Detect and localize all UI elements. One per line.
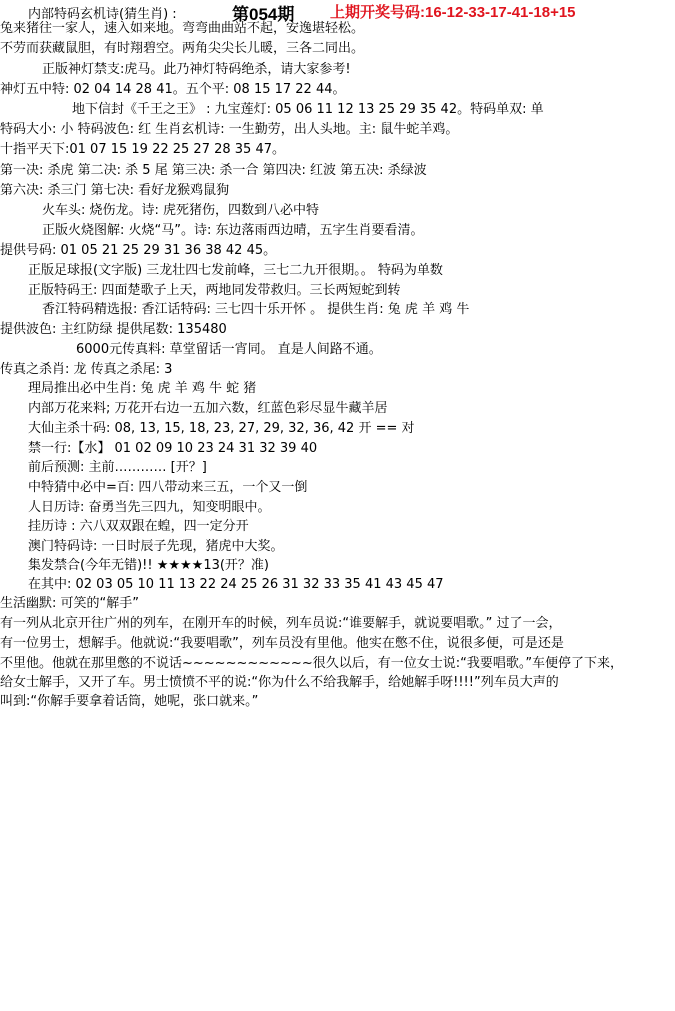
text-line: 集发禁合(今年无错)!! ★★★★13(开？准) xyxy=(28,558,269,574)
text-line: 叫到:“你解手要拿着话筒，她呢，张口就来。” xyxy=(0,694,258,710)
text-line: 挂历诗 : 六八双双跟在蝗，四一定分开 xyxy=(28,519,249,535)
text-line: 前后预测: 主前………… [开？] xyxy=(28,460,207,476)
last-draw-label: 上期开奖号码: xyxy=(330,4,425,21)
text-line: 特码大小: 小 特码波色: 红 生肖玄机诗: 一生勤劳，出人头地。主: 鼠牛蛇羊… xyxy=(0,122,458,138)
text-line: 正版火烧图解: 火烧“马”。诗: 东边落雨西边晴，五字生肖要看清。 xyxy=(42,223,424,239)
text-line: 神灯五中特: 02 04 14 28 41。五个平: 08 15 17 22 4… xyxy=(0,82,346,98)
text-line: 不劳而获藏鼠胆，有时翔碧空。两角尖尖长儿暖，三各二同出。 xyxy=(0,41,364,57)
header: 内部特码玄机诗(猜生肖) : 第054期 上期开奖号码:16-12-33-17-… xyxy=(0,0,675,22)
text-line: 提供号码: 01 05 21 25 29 31 36 38 42 45。 xyxy=(0,243,276,259)
text-line: 兔来猪往一家人，速入如来地。弯弯曲曲站不起，安逸堪轻松。 xyxy=(0,21,364,37)
text-line: 6000元传真料: 草堂留话一宵同。 直是人间路不通。 xyxy=(76,342,382,358)
text-line: 给女士解手，又开了车。男士愤愤不平的说:“你为什么不给我解手，给她解手呀!!!!… xyxy=(0,675,559,691)
text-line: 第一决: 杀虎 第二决: 杀 5 尾 第三决: 杀一合 第四决: 红波 第五决:… xyxy=(0,163,427,179)
last-draw-numbers: 16-12-33-17-41-18+15 xyxy=(425,4,576,21)
text-line: 中特猜中必中=百: 四八带动来三五，一个又一倒 xyxy=(28,480,307,496)
text-line: 提供波色: 主红防绿 提供尾数: 135480 xyxy=(0,322,227,338)
text-line: 禁一行:【水】 01 02 09 10 23 24 31 32 39 40 xyxy=(28,441,317,457)
text-line: 人日历诗: 奋勇当先三四九，知变明眼中。 xyxy=(28,500,271,516)
text-line: 地下信封《千王之王》 : 九宝莲灯: 05 06 11 12 13 25 29 … xyxy=(72,102,544,118)
text-line: 在其中: 02 03 05 10 11 13 22 24 25 26 31 32… xyxy=(28,577,444,593)
text-line: 有一位男士，想解手。他就说:“我要唱歌”，列车员没有里他。他实在憋不住，说很多便… xyxy=(0,636,564,652)
last-draw-result: 上期开奖号码:16-12-33-17-41-18+15 xyxy=(330,1,576,22)
text-line: 香江特码精选报: 香江话特码: 三七四十乐开怀 。 提供生肖: 兔 虎 羊 鸡 … xyxy=(42,302,469,318)
text-line: 十指平天下:01 07 15 19 22 25 27 28 35 47。 xyxy=(0,142,285,158)
text-line: 不里他。他就在那里憋的不说话~~~~~~~~~~~~很久以后，有一位女士说:“我… xyxy=(0,656,623,672)
text-line: 大仙主杀十码: 08, 13, 15, 18, 23, 27, 29, 32, … xyxy=(28,421,415,437)
subtitle: 内部特码玄机诗(猜生肖) : xyxy=(28,3,177,22)
text-line: 火车头: 烧伤龙。诗: 虎死猪伤，四数到八必中特 xyxy=(42,203,319,219)
text-line: 正版神灯禁支:虎马。此乃神灯特码绝杀，请大家参考! xyxy=(42,62,351,78)
text-line: 第六决: 杀三门 第七决: 看好龙猴鸡鼠狗 xyxy=(0,183,229,199)
text-line: 正版足球报(文字版) 三龙壮四七发前峰，三七二九开很期。。 特码为单数 xyxy=(28,263,443,279)
text-line: 内部万花来料; 万花开右边一五加六数，红蓝色彩尽显牛藏羊居 xyxy=(28,401,388,417)
section-heading: 生活幽默: 可笑的“解手” xyxy=(0,596,139,612)
text-line: 理局推出必中生肖: 兔 虎 羊 鸡 牛 蛇 猪 xyxy=(28,381,256,397)
text-line: 澳门特码诗: 一日时辰子先现，猪虎中大奖。 xyxy=(28,539,284,555)
text-line: 正版特码王: 四面楚歌子上天，两地同发带救归。三长两短蛇到转 xyxy=(28,283,401,299)
text-line: 有一列从北京开往广州的列车，在刚开车的时候，列车员说:“谁要解手，就说要唱歌。”… xyxy=(0,616,561,632)
text-line: 传真之杀肖: 龙 传真之杀尾: 3 xyxy=(0,362,172,378)
